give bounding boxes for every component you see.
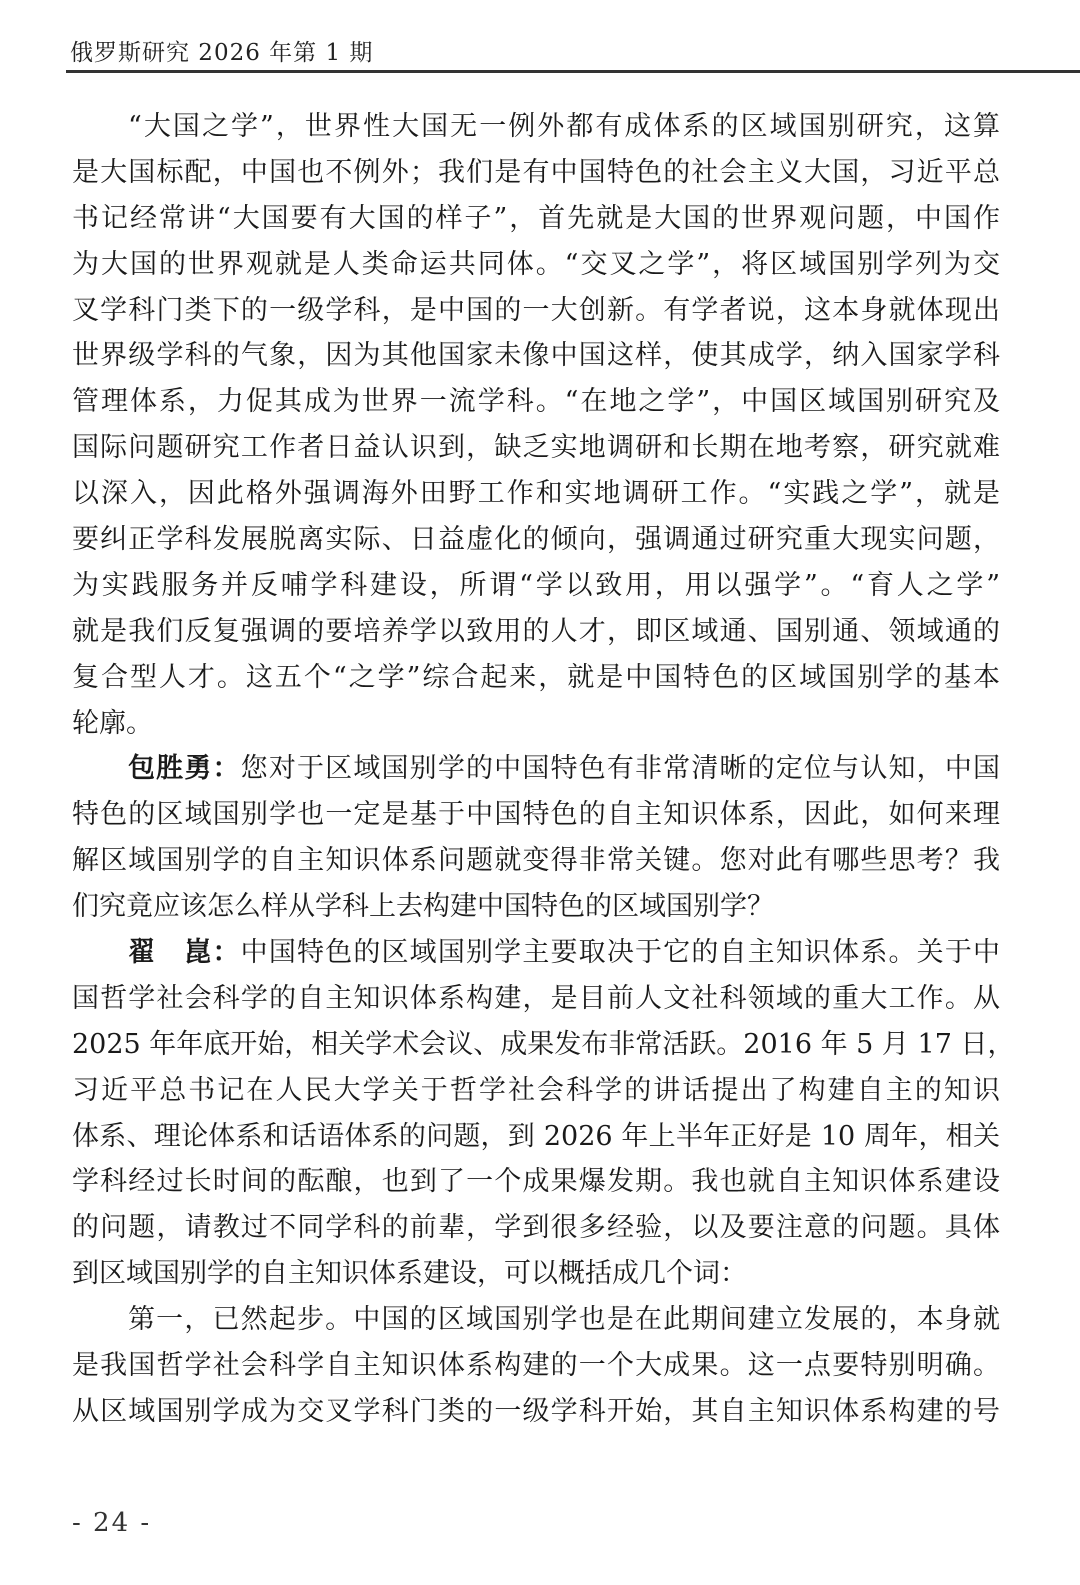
speaker-text: 中国特色的区域国别学主要取决于它的自主知识体系。关于中 xyxy=(241,937,1000,968)
text-line: “大国之学”，世界性大国无一例外都有成体系的区域国别研究，这算 xyxy=(72,104,1000,150)
text-line: 习近平总书记在人民大学关于哲学社会科学的讲话提出了构建自主的知识 xyxy=(72,1068,1000,1114)
text-line: 叉学科门类下的一级学科，是中国的一大创新。有学者说，这本身就体现出 xyxy=(72,288,1000,334)
text-line: 以深入，因此格外强调海外田野工作和实地调研工作。“实践之学”，就是 xyxy=(72,471,1000,517)
text-line: 世界级学科的气象，因为其他国家未像中国这样，使其成学，纳入国家学科 xyxy=(72,333,1000,379)
text-line: 体系、理论体系和话语体系的问题，到 2026 年上半年正好是 10 周年，相关 xyxy=(72,1114,1000,1160)
text-line: 2025 年年底开始，相关学术会议、成果发布非常活跃。2016 年 5 月 17… xyxy=(72,1022,1000,1068)
text-line: 们究竟应该怎么样从学科上去构建中国特色的区域国别学？ xyxy=(72,884,1000,930)
text-line: 国际问题研究工作者日益认识到，缺乏实地调研和长期在地考察，研究就难 xyxy=(72,425,1000,471)
text-line: 到区域国别学的自主知识体系建设，可以概括成几个词： xyxy=(72,1251,1000,1297)
text-line: 就是我们反复强调的要培养学以致用的人才，即区域通、国别通、领域通的 xyxy=(72,609,1000,655)
speaker-name-interviewee: 翟 崑： xyxy=(128,937,241,968)
text-line: 复合型人才。这五个“之学”综合起来，就是中国特色的区域国别学的基本 xyxy=(72,655,1000,701)
text-line: 要纠正学科发展脱离实际、日益虚化的倾向，强调通过研究重大现实问题， xyxy=(72,517,1000,563)
text-line: 轮廓。 xyxy=(72,701,1000,747)
page-number: - 24 - xyxy=(72,1508,151,1538)
speaker-text: 您对于区域国别学的中国特色有非常清晰的定位与认知，中国 xyxy=(241,753,1000,784)
header-rule xyxy=(66,70,1080,73)
text-line: 管理体系，力促其成为世界一流学科。“在地之学”，中国区域国别研究及 xyxy=(72,379,1000,425)
text-line: 为大国的世界观就是人类命运共同体。“交叉之学”，将区域国别学列为交 xyxy=(72,242,1000,288)
speaker-line: 包胜勇：您对于区域国别学的中国特色有非常清晰的定位与认知，中国 xyxy=(72,746,1000,792)
text-line: 特色的区域国别学也一定是基于中国特色的自主知识体系，因此，如何来理 xyxy=(72,792,1000,838)
text-line: 学科经过长时间的酝酿，也到了一个成果爆发期。我也就自主知识体系建设 xyxy=(72,1159,1000,1205)
text-line: 书记经常讲“大国要有大国的样子”，首先就是大国的世界观问题，中国作 xyxy=(72,196,1000,242)
text-line: 从区域国别学成为交叉学科门类的一级学科开始，其自主知识体系构建的号 xyxy=(72,1389,1000,1435)
article-body: “大国之学”，世界性大国无一例外都有成体系的区域国别研究，这算 是大国标配，中国… xyxy=(72,104,1000,1435)
text-line: 是大国标配，中国也不例外；我们是有中国特色的社会主义大国，习近平总 xyxy=(72,150,1000,196)
text-line: 为实践服务并反哺学科建设，所谓“学以致用，用以强学”。“育人之学” xyxy=(72,563,1000,609)
text-line: 解区域国别学的自主知识体系问题就变得非常关键。您对此有哪些思考？我 xyxy=(72,838,1000,884)
text-line: 的问题，请教过不同学科的前辈，学到很多经验，以及要注意的问题。具体 xyxy=(72,1205,1000,1251)
speaker-name-interviewer: 包胜勇： xyxy=(128,753,241,784)
text-line: 是我国哲学社会科学自主知识体系构建的一个大成果。这一点要特别明确。 xyxy=(72,1343,1000,1389)
text-line: 国哲学社会科学的自主知识体系构建，是目前人文社科领域的重大工作。从 xyxy=(72,976,1000,1022)
running-header-journal-title: 俄罗斯研究 2026 年第 1 期 xyxy=(70,34,373,67)
speaker-line: 翟 崑：中国特色的区域国别学主要取决于它的自主知识体系。关于中 xyxy=(72,930,1000,976)
text-line: 第一，已然起步。中国的区域国别学也是在此期间建立发展的，本身就 xyxy=(72,1297,1000,1343)
